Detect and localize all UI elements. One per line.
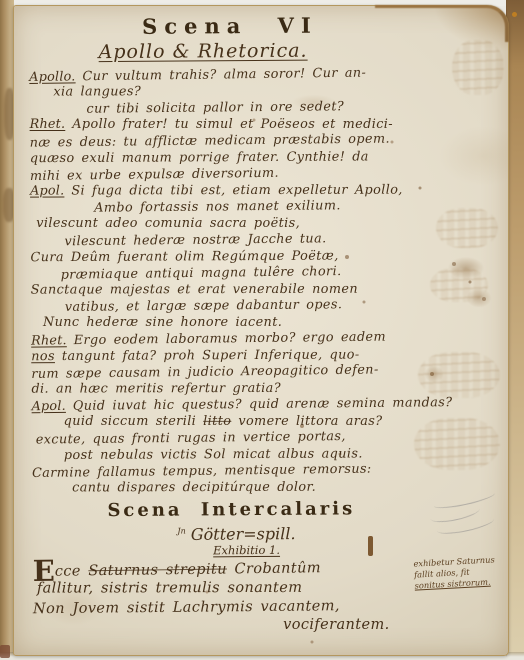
verse-text: Ambo fortassis nos manet exilium.	[94, 198, 341, 215]
text-line: Ambo fortassis nos manet exilium.	[94, 197, 488, 217]
verse-text: Ergo eodem laboramus morbo? ergo eadem	[67, 330, 386, 349]
verse-text: quid siccum sterili	[64, 413, 203, 428]
verse-text: vomere littora aras?	[231, 413, 382, 428]
verse-text: næ es deus: tu afflictæ medicam præstabi…	[30, 132, 390, 151]
verse-text: Quid iuvat hic questus? quid arenæ semin…	[66, 395, 453, 414]
verse-text: cce	[55, 564, 89, 580]
verse-text: Cur vultum trahis? alma soror! Cur an-	[75, 66, 366, 85]
showthrough-mark	[430, 268, 488, 302]
verse-text: Apollo frater! tu simul et Poëseos et me…	[65, 117, 393, 132]
ink-specks	[14, 6, 16, 8]
verse-text: Crobantûm	[227, 561, 321, 578]
verse-text: di. an hæc meritis refertur gratia?	[31, 380, 281, 396]
verse-text: rum sæpe causam in judicio Areopagitico …	[31, 362, 378, 382]
manuscript-text: Scena VI Apollo & Rhetorica. Apollo. Cur…	[29, 12, 491, 638]
margin-note: exhibetur Saturnusfallit alios, fitsonit…	[413, 553, 515, 591]
text-line: cantu dispares decipitúrque dolor.	[72, 479, 490, 497]
text-line: cur tibi solicita pallor in ore sedet?	[86, 98, 487, 118]
verse-text: excute, quas fronti rugas in vertice por…	[36, 429, 346, 448]
verse-text: vilescunt adeo comunia sacra poëtis,	[36, 215, 300, 230]
orange-stain-dot	[512, 12, 517, 17]
verse-text: quæso exuli manum porrige frater. Cynthi…	[30, 149, 369, 166]
verse-text: fallitur, sistris tremulis sonantem	[37, 580, 303, 597]
verse-text: xia langues?	[53, 84, 141, 99]
corner-mark-bottom-left	[0, 645, 10, 658]
verse-text: vilescunt hederæ nostræ Jacche tua.	[64, 231, 326, 249]
showthrough-mark	[436, 208, 498, 248]
verse-text: Non Jovem sistit Lachrymis vacantem,	[33, 599, 340, 618]
verse-text: Sanctaque majestas et erat venerabile no…	[31, 281, 358, 297]
exhibitio-text: Exhibitio 1.	[213, 543, 280, 557]
speaker-label: Rhet.	[30, 117, 66, 132]
speaker-label: Rhet.	[31, 333, 67, 348]
verse-text: litto	[203, 413, 231, 428]
verse-text: mihi ex urbe expulsæ diversorium.	[30, 166, 279, 184]
speaker-label: Apol.	[31, 399, 65, 414]
scene-subtitle-text: Apollo & Rhetorica.	[99, 40, 308, 63]
superscript-note: Jn	[177, 527, 185, 536]
verse-text: post nebulas victis Sol micat albus aqui…	[64, 446, 363, 463]
manuscript-photo: Scena VI Apollo & Rhetorica. Apollo. Cur…	[0, 0, 524, 660]
verse-text: nos	[31, 349, 55, 364]
verse-text: tangunt fata? proh Superi Inferique, quo…	[55, 347, 360, 364]
scene-heading: Scena VI	[1, 13, 459, 40]
verse-text: Carmine fallamus tempus, mentisque remor…	[32, 462, 372, 481]
speaker-label: Apol.	[30, 183, 64, 198]
speaker-label: Apollo.	[29, 69, 75, 85]
goetter-spill-text: Götter=spill.	[191, 524, 296, 544]
text-line: Apol. Quid iuvat hic questus? quid arenæ…	[31, 395, 489, 416]
intercalaris-title: Scena Intercalaris	[2, 498, 460, 523]
verse-text: cantu dispares decipitúrque dolor.	[72, 479, 316, 495]
text-line: vociferantem.	[283, 616, 491, 635]
verse-text: cur tibi solicita pallor in ore sedet?	[86, 99, 344, 116]
showthrough-mark	[414, 418, 500, 470]
verse-text: Nunc hederæ sine honore iacent.	[43, 314, 282, 329]
verse-text: præmiaque antiqui magna tulêre chori.	[61, 264, 342, 283]
verse-text: Cura Deûm fuerant olim Regúmque Poëtæ,	[30, 248, 338, 265]
text-line: vatibus, et largæ sæpe dabantur opes.	[65, 296, 489, 317]
verse-text: vociferantem.	[283, 617, 390, 633]
verse-text: Si fuga dicta tibi est, etiam expelletur…	[64, 182, 402, 198]
scene-subtitle: Apollo & Rhetorica.	[0, 37, 432, 67]
intercalaris-subtitle: Jn Götter=spill.	[7, 520, 465, 546]
ink-blot	[368, 536, 373, 556]
showthrough-mark	[452, 40, 504, 95]
verse-text: Saturnus strepitu	[88, 562, 227, 580]
showthrough-mark	[418, 352, 500, 398]
verse-text: vatibus, et largæ sæpe dabantur opes.	[65, 297, 343, 315]
